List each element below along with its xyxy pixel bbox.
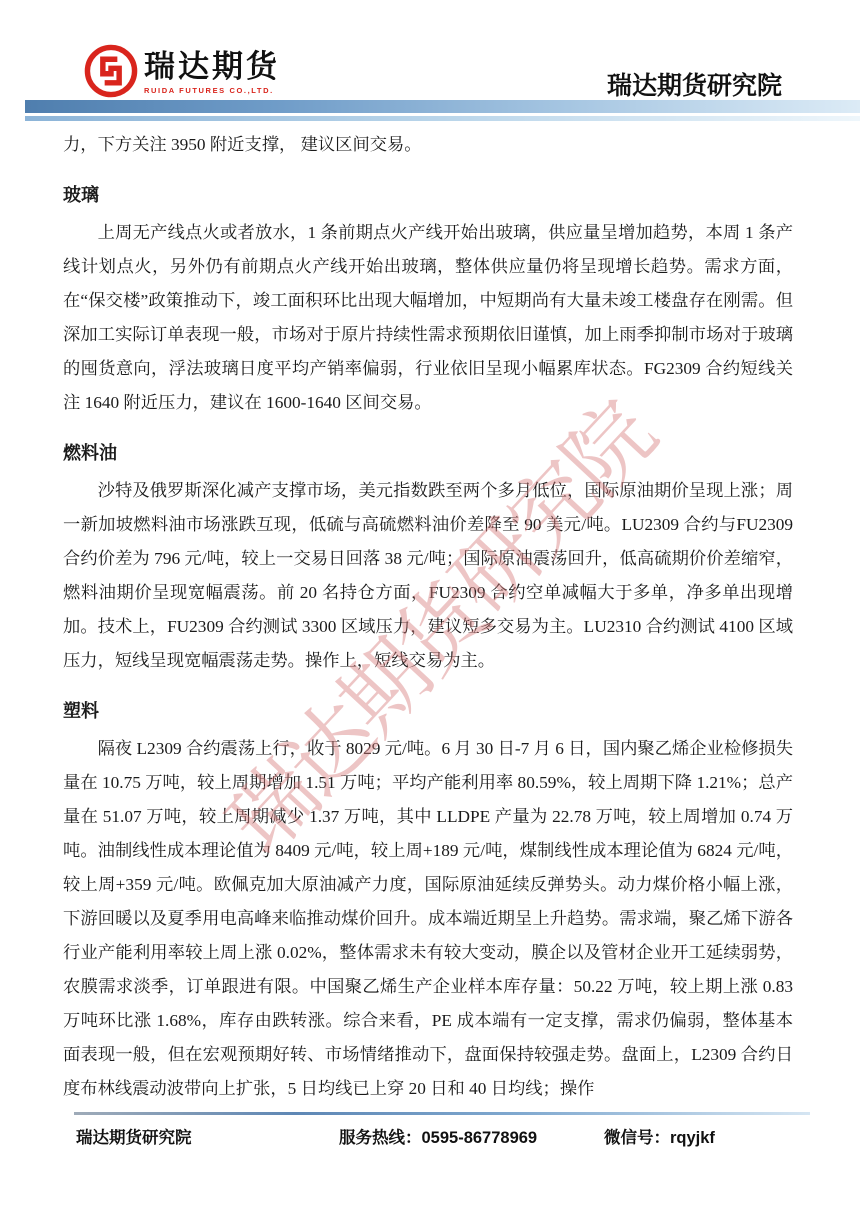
footer-institute: 瑞达期货研究院 — [76, 1124, 192, 1148]
header-divider-secondary — [25, 116, 860, 121]
page-header: 瑞达期货 RUIDA FUTURES CO.,LTD. 瑞达期货研究院 — [0, 0, 860, 100]
footer-wechat: 微信号：rqyjkf — [604, 1124, 715, 1148]
footer-hotline-number: 0595-86778969 — [422, 1129, 538, 1147]
header-divider-primary — [25, 100, 860, 113]
header-institute-title: 瑞达期货研究院 — [607, 66, 782, 102]
section-title-plastics: 塑料 — [63, 694, 793, 728]
footer-wechat-id: rqyjkf — [670, 1129, 715, 1147]
logo-brand-subtitle: RUIDA FUTURES CO.,LTD. — [144, 86, 280, 95]
section-body-plastics: 隔夜 L2309 合约震荡上行，收于 8029 元/吨。6 月 30 日-7 月… — [63, 732, 793, 1106]
section-plastics: 塑料 隔夜 L2309 合约震荡上行，收于 8029 元/吨。6 月 30 日-… — [63, 694, 793, 1106]
logo-brand-name: 瑞达期货 — [144, 50, 280, 84]
logo-text-block: 瑞达期货 RUIDA FUTURES CO.,LTD. — [144, 42, 280, 95]
section-fuel-oil: 燃料油 沙特及俄罗斯深化减产支撑市场，美元指数跌至两个多月低位，国际原油期价呈现… — [63, 436, 793, 678]
footer-divider — [74, 1112, 810, 1115]
paragraph-continuation: 力，下方关注 3950 附近支撑， 建议区间交易。 — [63, 128, 793, 162]
section-glass: 玻璃 上周无产线点火或者放水，1 条前期点火产线开始出玻璃，供应量呈增加趋势，本… — [63, 178, 793, 420]
section-body-fuel-oil: 沙特及俄罗斯深化减产支撑市场，美元指数跌至两个多月低位，国际原油期价呈现上涨；周… — [63, 474, 793, 678]
company-logo: 瑞达期货 RUIDA FUTURES CO.,LTD. — [82, 42, 280, 100]
company-logo-icon — [82, 42, 140, 100]
section-body-glass: 上周无产线点火或者放水，1 条前期点火产线开始出玻璃，供应量呈增加趋势，本周 1… — [63, 216, 793, 420]
footer-hotline-label: 服务热线： — [339, 1129, 422, 1147]
section-title-glass: 玻璃 — [63, 178, 793, 212]
report-body: 力，下方关注 3950 附近支撑， 建议区间交易。 玻璃 上周无产线点火或者放水… — [63, 128, 793, 1106]
page-footer: 瑞达期货研究院 服务热线：0595-86778969 微信号：rqyjkf — [0, 1124, 860, 1148]
footer-wechat-label: 微信号： — [604, 1129, 670, 1147]
document-page: 瑞达期货 RUIDA FUTURES CO.,LTD. 瑞达期货研究院 力，下方… — [0, 0, 860, 1217]
section-title-fuel-oil: 燃料油 — [63, 436, 793, 470]
footer-hotline: 服务热线：0595-86778969 — [339, 1124, 537, 1148]
